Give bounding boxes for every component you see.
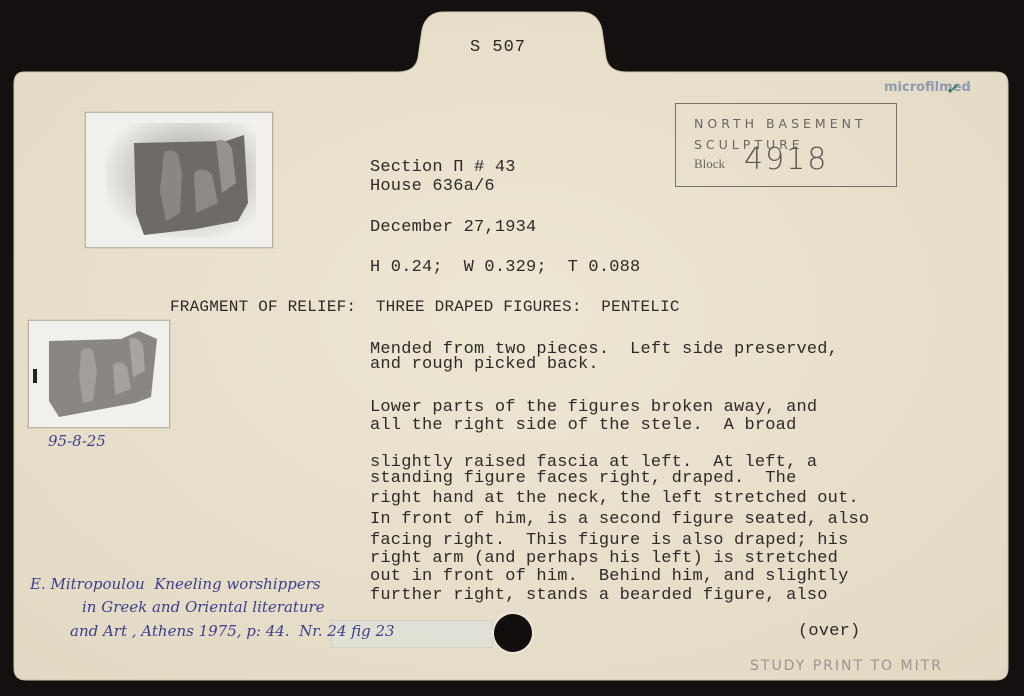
- description-line: all the right side of the stele. A broad: [370, 416, 796, 435]
- description-line: standing figure faces right, draped. The: [370, 469, 796, 488]
- stamp-line-1: NORTH BASEMENT: [694, 116, 867, 131]
- pencil-note: STUDY PRINT TO MITR: [750, 658, 943, 674]
- relief-photo-large: [85, 112, 273, 248]
- handwritten-reference-line: in Greek and Oriental literature: [82, 598, 325, 616]
- catalog-number: S 507: [470, 38, 526, 57]
- relief-image: [86, 113, 272, 247]
- house-number: House 636a/6: [370, 177, 495, 196]
- object-title: FRAGMENT OF RELIEF: THREE DRAPED FIGURES…: [170, 298, 680, 316]
- stamp-block-number: 4918: [744, 142, 828, 177]
- description-line: Lower parts of the figures broken away, …: [370, 398, 817, 417]
- section-number: Section Π # 43: [370, 158, 516, 177]
- over-indicator: (over): [798, 622, 860, 641]
- handwritten-reference-line: E. Mitropoulou Kneeling worshippers: [30, 575, 321, 593]
- description-line: In front of him, is a second figure seat…: [370, 510, 869, 529]
- location-stamp: NORTH BASEMENT SCULPTURE Block 4918: [675, 103, 897, 187]
- dimensions: H 0.24; W 0.329; T 0.088: [370, 258, 640, 277]
- find-date: December 27,1934: [370, 218, 536, 237]
- relief-photo-small: [28, 320, 170, 428]
- description-line: right arm (and perhaps his left) is stre…: [370, 549, 838, 568]
- handwritten-reference-line: and Art , Athens 1975, p: 44. Nr. 24 fig…: [70, 622, 395, 640]
- stamp-block-label: Block: [694, 156, 725, 172]
- description-line: out in front of him. Behind him, and sli…: [370, 567, 848, 586]
- description-line: and rough picked back.: [370, 355, 599, 374]
- description-line: facing right. This figure is also draped…: [370, 531, 848, 550]
- relief-image: [29, 321, 169, 427]
- description-line: right hand at the neck, the left stretch…: [370, 489, 859, 508]
- description-line: further right, stands a bearded figure, …: [370, 586, 828, 605]
- punch-hole: [494, 614, 532, 652]
- photo-negative-number: 95-8-25: [48, 432, 106, 450]
